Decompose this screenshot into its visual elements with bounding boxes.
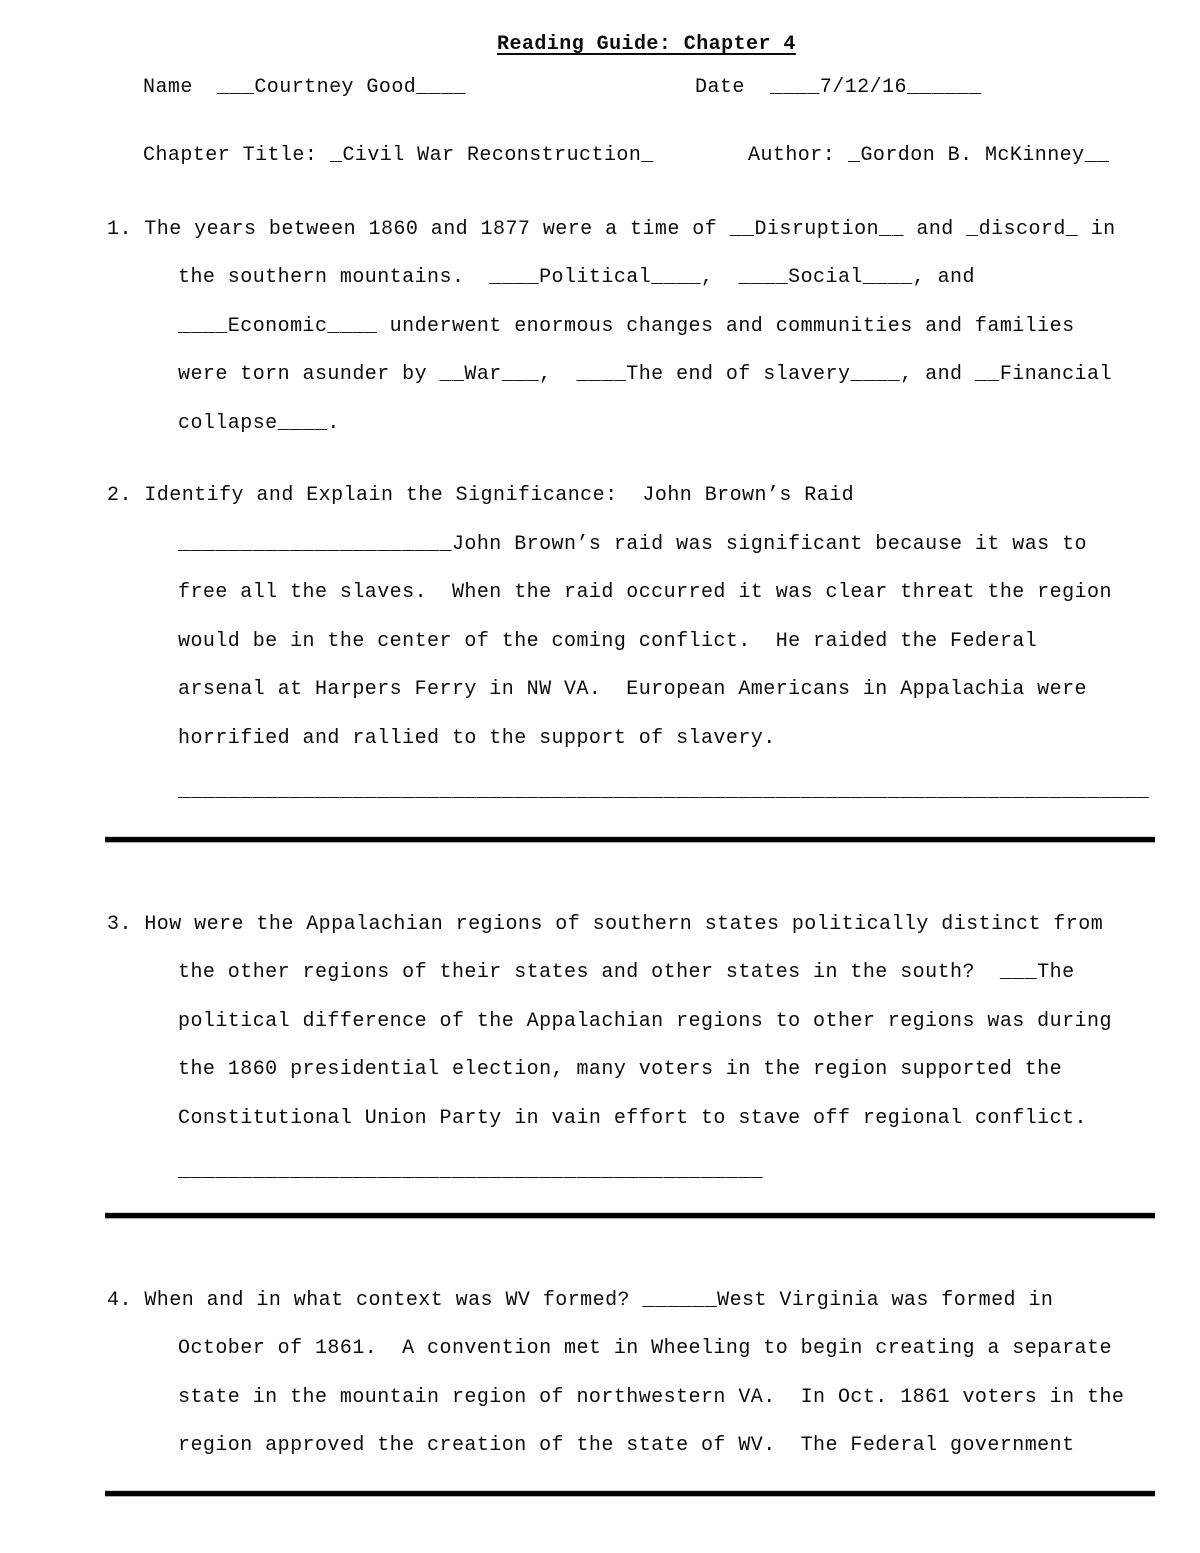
author-label: Author: [748,142,835,170]
date-label: Date [695,74,745,102]
question-4-line-4: region approved the creation of the stat… [178,1432,1075,1460]
question-4-line-1: 4. When and in what context was WV forme… [107,1287,1053,1315]
question-2-blank-line: ________________________________________… [178,778,1149,806]
section-divider-2 [105,1213,1155,1218]
question-2-line-1: 2. Identify and Explain the Significance… [107,482,854,510]
question-1-line-3: ____Economic____ underwent enormous chan… [178,313,1075,341]
question-3-line-1: 3. How were the Appalachian regions of s… [107,911,1103,939]
date-value: ____7/12/16______ [770,74,982,102]
document-page: Reading Guide: Chapter 4 Name ___Courtne… [0,0,1200,1553]
question-1-line-2: the southern mountains. ____Political___… [178,264,975,292]
question-2-line-4: would be in the center of the coming con… [178,628,1037,656]
question-4-line-3: state in the mountain region of northwes… [178,1384,1124,1412]
question-1-line-1: 1. The years between 1860 and 1877 were … [107,216,1116,244]
section-divider-3 [105,1491,1155,1496]
question-3-line-2: the other regions of their states and ot… [178,959,1075,987]
author-value: _Gordon B. McKinney__ [848,142,1110,170]
section-divider-1 [105,837,1155,842]
question-3-line-5: Constitutional Union Party in vain effor… [178,1105,1087,1133]
document-title: Reading Guide: Chapter 4 [497,31,796,59]
question-4-line-2: October of 1861. A convention met in Whe… [178,1335,1112,1363]
question-3-blank-line: ________________________________________… [178,1158,763,1186]
chapter-title-value: _Civil War Reconstruction_ [330,142,654,170]
question-3-line-4: the 1860 presidential election, many vot… [178,1056,1062,1084]
chapter-title-label: Chapter Title: [143,142,317,170]
question-2-line-2: ______________________John Brown’s raid … [178,531,1087,559]
name-label: Name [143,74,193,102]
name-value: ___Courtney Good____ [217,74,466,102]
question-1-line-5: collapse____. [178,410,340,438]
question-2-line-6: horrified and rallied to the support of … [178,725,776,753]
question-2-line-5: arsenal at Harpers Ferry in NW VA. Europ… [178,676,1087,704]
question-2-line-3: free all the slaves. When the raid occur… [178,579,1112,607]
question-3-line-3: political difference of the Appalachian … [178,1008,1112,1036]
question-1-line-4: were torn asunder by __War___, ____The e… [178,361,1112,389]
